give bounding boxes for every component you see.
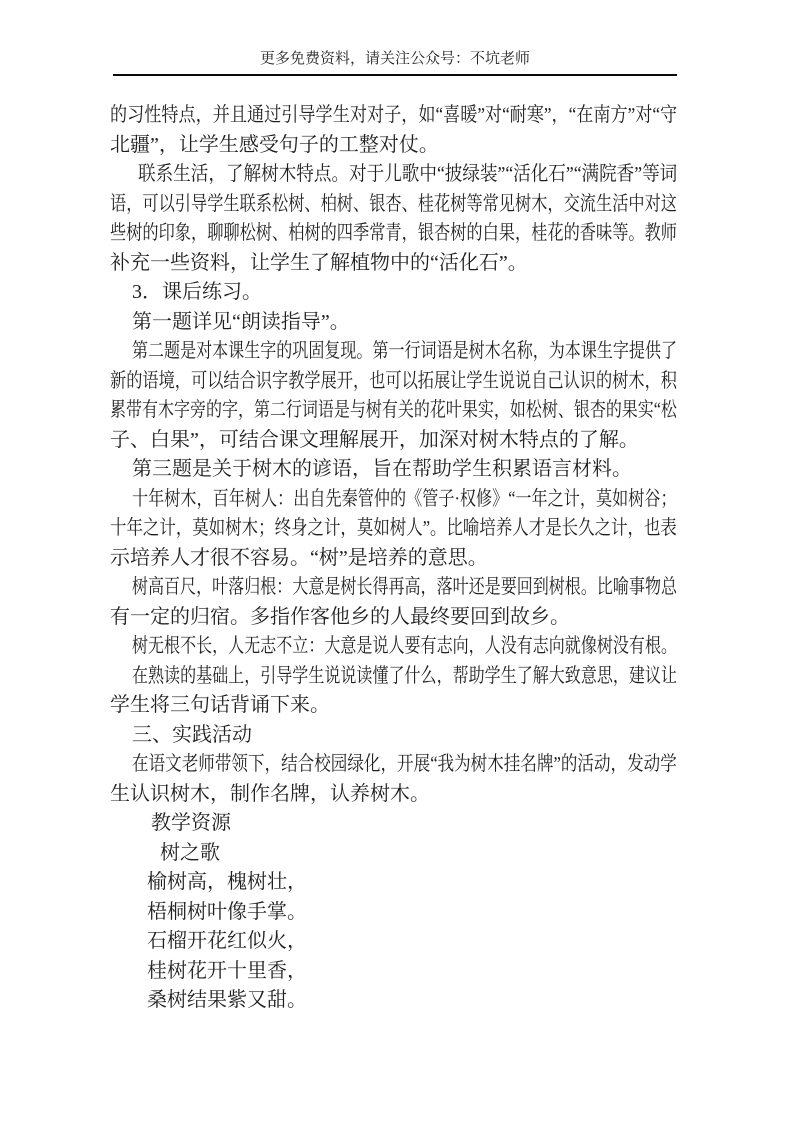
text-line: 桑树结果紫又甜。: [110, 986, 677, 1016]
text-line-content: 3．课后练习。: [132, 278, 262, 308]
text-line-content: 树之歌: [160, 839, 220, 869]
text-line-content: 在语文老师带领下，结合校园绿化，开展“我为树木挂名牌”的活动，发动学: [132, 750, 677, 780]
text-line: 石榴开花红似火，: [110, 927, 677, 957]
text-line: 3．课后练习。: [110, 278, 677, 308]
text-line-content: 累带有木字旁的字，第二行词语是与树有关的花叶果实，如松树、银杏的果实“松: [110, 396, 677, 426]
text-line-content: 子、白果”，可结合课文理解展开，加深对树木特点的了解。: [110, 426, 639, 456]
text-line-content: 新的语境，可以结合识字教学展开，也可以拓展让学生说说自己认识的树木，积: [110, 367, 677, 397]
text-line-content: 补充一些资料，让学生了解植物中的“活化石”。: [110, 249, 528, 279]
header-promo-text: 更多免费资料，请关注公众号：不坑老师: [113, 48, 677, 70]
text-line: 第二题是对本课生字的巩固复现。第一行词语是树木名称，为本课生字提供了: [110, 337, 677, 367]
text-line-content: 第二题是对本课生字的巩固复现。第一行词语是树木名称，为本课生字提供了: [132, 337, 677, 367]
text-line-content: 学生将三句话背诵下来。: [110, 691, 330, 721]
text-line-content: 树高百尺，叶落归根：大意是树长得再高，落叶还是要回到树根。比喻事物总: [132, 573, 677, 603]
text-line-content: 第一题详见“朗读指导”。: [132, 308, 350, 338]
header-divider-line: [113, 74, 677, 76]
text-line: 教学资源: [110, 809, 677, 839]
text-line: 在熟读的基础上，引导学生说说读懂了什么，帮助学生了解大致意思，建议让: [110, 662, 677, 692]
text-line-content: 梧桐树叶像手掌。: [147, 898, 307, 928]
text-line: 的习性特点，并且通过引导学生对对子，如“喜暖”对“耐寒”，“在南方”对“守: [110, 101, 677, 131]
text-line: 新的语境，可以结合识字教学展开，也可以拓展让学生说说自己认识的树木，积: [110, 367, 677, 397]
text-line: 示培养人才很不容易。“树”是培养的意思。: [110, 544, 677, 574]
document-page: 更多免费资料，请关注公众号：不坑老师 的习性特点，并且通过引导学生对对子，如“喜…: [0, 0, 793, 1122]
text-line-content: 示培养人才很不容易。“树”是培养的意思。: [110, 544, 488, 574]
text-line: 第三题是关于树木的谚语，旨在帮助学生积累语言材料。: [110, 455, 677, 485]
text-line: 树之歌: [110, 839, 677, 869]
text-line: 桂树花开十里香，: [110, 957, 677, 987]
text-line-content: 语，可以引导学生联系松树、柏树、银杏、桂花树等常见树木，交流生活中对这: [110, 190, 677, 220]
text-line-content: 教学资源: [151, 809, 231, 839]
text-line-content: 桑树结果紫又甜。: [147, 986, 307, 1016]
text-line: 子、白果”，可结合课文理解展开，加深对树木特点的了解。: [110, 426, 677, 456]
text-line-content: 榆树高，槐树壮，: [147, 868, 307, 898]
text-line-content: 生认识树木，制作名牌，认养树木。: [110, 780, 430, 810]
text-line-content: 十年树木，百年树人：出自先秦管仲的《管子·权修》“一年之计，莫如树谷；: [132, 485, 677, 515]
text-line: 三、实践活动: [110, 721, 677, 751]
text-line: 梧桐树叶像手掌。: [110, 898, 677, 928]
text-line: 在语文老师带领下，结合校园绿化，开展“我为树木挂名牌”的活动，发动学: [110, 750, 677, 780]
text-line: 累带有木字旁的字，第二行词语是与树有关的花叶果实，如松树、银杏的果实“松: [110, 396, 677, 426]
text-line: 树高百尺，叶落归根：大意是树长得再高，落叶还是要回到树根。比喻事物总: [110, 573, 677, 603]
text-line-content: 第三题是关于树木的谚语，旨在帮助学生积累语言材料。: [132, 455, 632, 485]
text-line-content: 桂树花开十里香，: [147, 957, 307, 987]
document-body: 的习性特点，并且通过引导学生对对子，如“喜暖”对“耐寒”，“在南方”对“守北疆”…: [110, 101, 677, 1016]
text-line: 十年之计，莫如树木；终身之计，莫如树人”。比喻培养人才是长久之计，也表: [110, 514, 677, 544]
text-line: 十年树木，百年树人：出自先秦管仲的《管子·权修》“一年之计，莫如树谷；: [110, 485, 677, 515]
text-line: 榆树高，槐树壮，: [110, 868, 677, 898]
text-line-content: 的习性特点，并且通过引导学生对对子，如“喜暖”对“耐寒”，“在南方”对“守: [110, 101, 677, 131]
text-line-content: 有一定的归宿。多指作客他乡的人最终要回到故乡。: [110, 603, 570, 633]
text-line: 生认识树木，制作名牌，认养树木。: [110, 780, 677, 810]
text-line-content: 在熟读的基础上，引导学生说说读懂了什么，帮助学生了解大致意思，建议让: [132, 662, 677, 692]
text-line: 第一题详见“朗读指导”。: [110, 308, 677, 338]
text-line: 联系生活，了解树木特点。对于儿歌中“披绿装”“活化石”“满院香”等词: [110, 160, 677, 190]
text-line-content: 十年之计，莫如树木；终身之计，莫如树人”。比喻培养人才是长久之计，也表: [110, 514, 677, 544]
text-line-content: 些树的印象，聊聊松树、柏树的四季常青，银杏树的白果，桂花的香味等。教师: [110, 219, 677, 249]
text-line-content: 北疆”，让学生感受句子的工整对仗。: [110, 131, 439, 161]
text-line: 北疆”，让学生感受句子的工整对仗。: [110, 131, 677, 161]
text-line: 树无根不长，人无志不立：大意是说人要有志向，人没有志向就像树没有根。: [110, 632, 677, 662]
text-line-content: 树无根不长，人无志不立：大意是说人要有志向，人没有志向就像树没有根。: [132, 632, 677, 662]
text-line-content: 联系生活，了解树木特点。对于儿歌中“披绿装”“活化石”“满院香”等词: [138, 160, 677, 190]
text-line-content: 三、实践活动: [132, 721, 252, 751]
text-line: 学生将三句话背诵下来。: [110, 691, 677, 721]
text-line: 语，可以引导学生联系松树、柏树、银杏、桂花树等常见树木，交流生活中对这: [110, 190, 677, 220]
text-line: 些树的印象，聊聊松树、柏树的四季常青，银杏树的白果，桂花的香味等。教师: [110, 219, 677, 249]
text-line: 有一定的归宿。多指作客他乡的人最终要回到故乡。: [110, 603, 677, 633]
text-line: 补充一些资料，让学生了解植物中的“活化石”。: [110, 249, 677, 279]
text-line-content: 石榴开花红似火，: [147, 927, 307, 957]
